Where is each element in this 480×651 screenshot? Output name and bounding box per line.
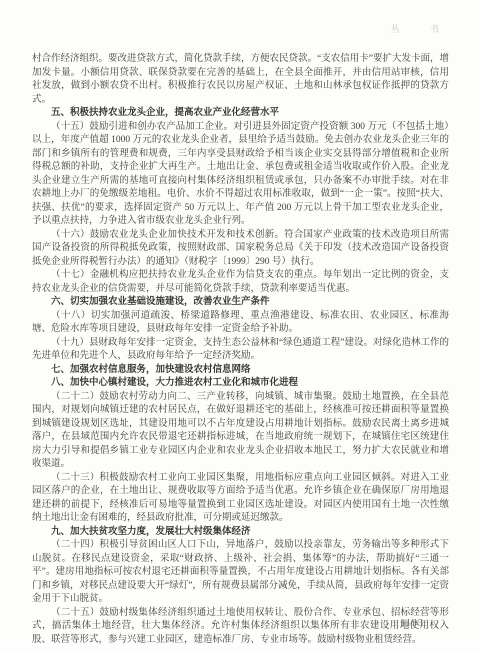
clause-18: （十八）切实加强河道疏浚、桥梁道路修理、重点渔港建设、标准农田、农业园区、标准海… xyxy=(32,310,449,337)
section-heading-9: 九、加大扶贫攻坚力度，发展壮大村级集体经济 xyxy=(32,526,449,540)
section-heading-7: 七、加强农村信息服务，加快建设农村信息网络 xyxy=(32,364,449,378)
clause-19: （十九）县财政每年安排一定资金，支持生态公益林和“绿色通道工程”建设。对绿化造林… xyxy=(32,337,449,364)
page-number: 1193 xyxy=(400,618,424,629)
clause-25: （二十五）鼓励村级集体经济组织通过土地使用权转让、股份合作、专业承包、招标经营等… xyxy=(32,607,449,648)
clause-15: （十五）鼓励引进和创办农产品加工企业。对引进县外固定资产投资额 300 万元（不… xyxy=(32,121,449,229)
running-header: 丛 书 xyxy=(391,22,442,35)
clause-16: （十六）鼓励农业龙头企业加快技术开发和技术创新。符合国家产业政策的技术改造项目所… xyxy=(32,229,449,270)
clause-23: （二十三）积极鼓励农村工业向工业园区集聚，用地指标应重点向工业园区倾斜。对进入工… xyxy=(32,472,449,526)
document-page: 丛 书 村合作经济组织。要改进贷款方式，简化贷款手续，方便农民贷款。“支农信用卡… xyxy=(0,0,480,651)
clause-22: （二十二）鼓励农村劳动力向二、三产业转移，向城镇、城市集聚。鼓励土地置换，在全县… xyxy=(32,391,449,472)
document-body: 村合作经济组织。要改进贷款方式，简化贷款手续，方便农民贷款。“支农信用卡”要扩大… xyxy=(32,53,449,647)
paragraph-continuation: 村合作经济组织。要改进贷款方式，简化贷款手续，方便农民贷款。“支农信用卡”要扩大… xyxy=(32,53,449,107)
section-heading-5: 五、积极扶持农业龙头企业，提高农业产业化经营水平 xyxy=(32,107,449,121)
clause-17: （十七）金融机构应把扶持农业龙头企业作为信贷支农的重点。每年划出一定比例的资金，… xyxy=(32,269,449,296)
section-heading-6: 六、切实加强农业基础设施建设，改善农业生产条件 xyxy=(32,296,449,310)
clause-24: （二十四）积极引导贫困山区人口下山，异地落户，鼓励以投亲靠友，劳务输出等多种形式… xyxy=(32,539,449,607)
section-heading-8: 八、加快中心镇村建设，大力推进农村工业化和城市化进程 xyxy=(32,377,449,391)
